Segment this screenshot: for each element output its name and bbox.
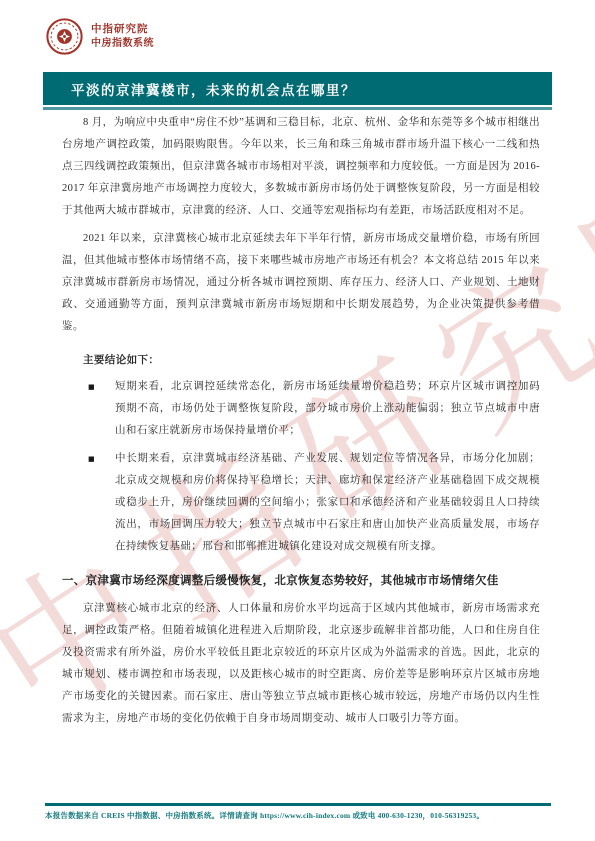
section-heading-1: 一、京津冀市场经深度调整后缓慢恢复，北京恢复态势较好，其他城市市场情绪欠佳: [62, 570, 540, 592]
report-body: 8 月，为响应中央重申“房住不炒”基调和三稳目标，北京、杭州、金华和东莞等多个城…: [62, 112, 540, 736]
conclusion-bullet-2: ■ 中长期来看，京津冀城市经济基础、产业发展、规划定位等情况各异，市场分化加剧；…: [88, 448, 540, 558]
banner-underline: [43, 107, 552, 110]
title-banner: 平淡的京津冀楼市，未来的机会点在哪里？: [43, 72, 552, 105]
intro-paragraph-1: 8 月，为响应中央重申“房住不炒”基调和三稳目标，北京、杭州、金华和东莞等多个城…: [62, 112, 540, 222]
footer-text-prefix: 本报告数据来自 CREIS 中指数据、中房指数系统。详情请查询: [45, 811, 260, 820]
conclusions-label: 主要结论如下：: [62, 350, 540, 372]
section-paragraph: 京津冀核心城市北京的经济、人口体量和房价水平均远高于区域内其他城市，新房市场需求…: [62, 598, 540, 730]
intro-paragraph-2: 2021 年以来，京津冀核心城市北京延续去年下半年行情，新房市场成交量增价稳，市…: [62, 228, 540, 338]
page-header: 中指研究院 中房指数系统: [46, 18, 154, 55]
footer-link[interactable]: https://www.cih-index.com: [260, 811, 350, 820]
square-bullet-icon: ■: [88, 376, 115, 442]
page-title: 平淡的京津冀楼市，未来的机会点在哪里？: [71, 79, 356, 99]
page-footer: 本报告数据来自 CREIS 中指数据、中房指数系统。详情请查询 https://…: [45, 803, 551, 821]
bullet-text: 短期来看，北京调控延续常态化，新房市场延续量增价稳趋势；环京片区城市调控加码预期…: [115, 376, 540, 442]
company-seal-icon: [46, 18, 83, 55]
brand-subtitle: 中房指数系统: [91, 37, 154, 51]
square-bullet-icon: ■: [88, 448, 115, 558]
conclusion-bullet-1: ■ 短期来看，北京调控延续常态化，新房市场延续量增价稳趋势；环京片区城市调控加码…: [88, 376, 540, 442]
brand-name: 中指研究院: [91, 23, 154, 37]
brand-name-block: 中指研究院 中房指数系统: [91, 23, 154, 51]
footer-text-suffix: 或致电 400-630-1230，010-56319253。: [350, 811, 484, 820]
footer-note: 本报告数据来自 CREIS 中指数据、中房指数系统。详情请查询 https://…: [45, 810, 551, 821]
footer-divider: [45, 803, 551, 806]
bullet-text: 中长期来看，京津冀城市经济基础、产业发展、规划定位等情况各异，市场分化加剧；北京…: [115, 448, 540, 558]
report-page: 中指研究院 中指研究院 中房指数系统 平淡的京津冀楼市，未来的机会点在哪里？ 8…: [0, 0, 595, 841]
